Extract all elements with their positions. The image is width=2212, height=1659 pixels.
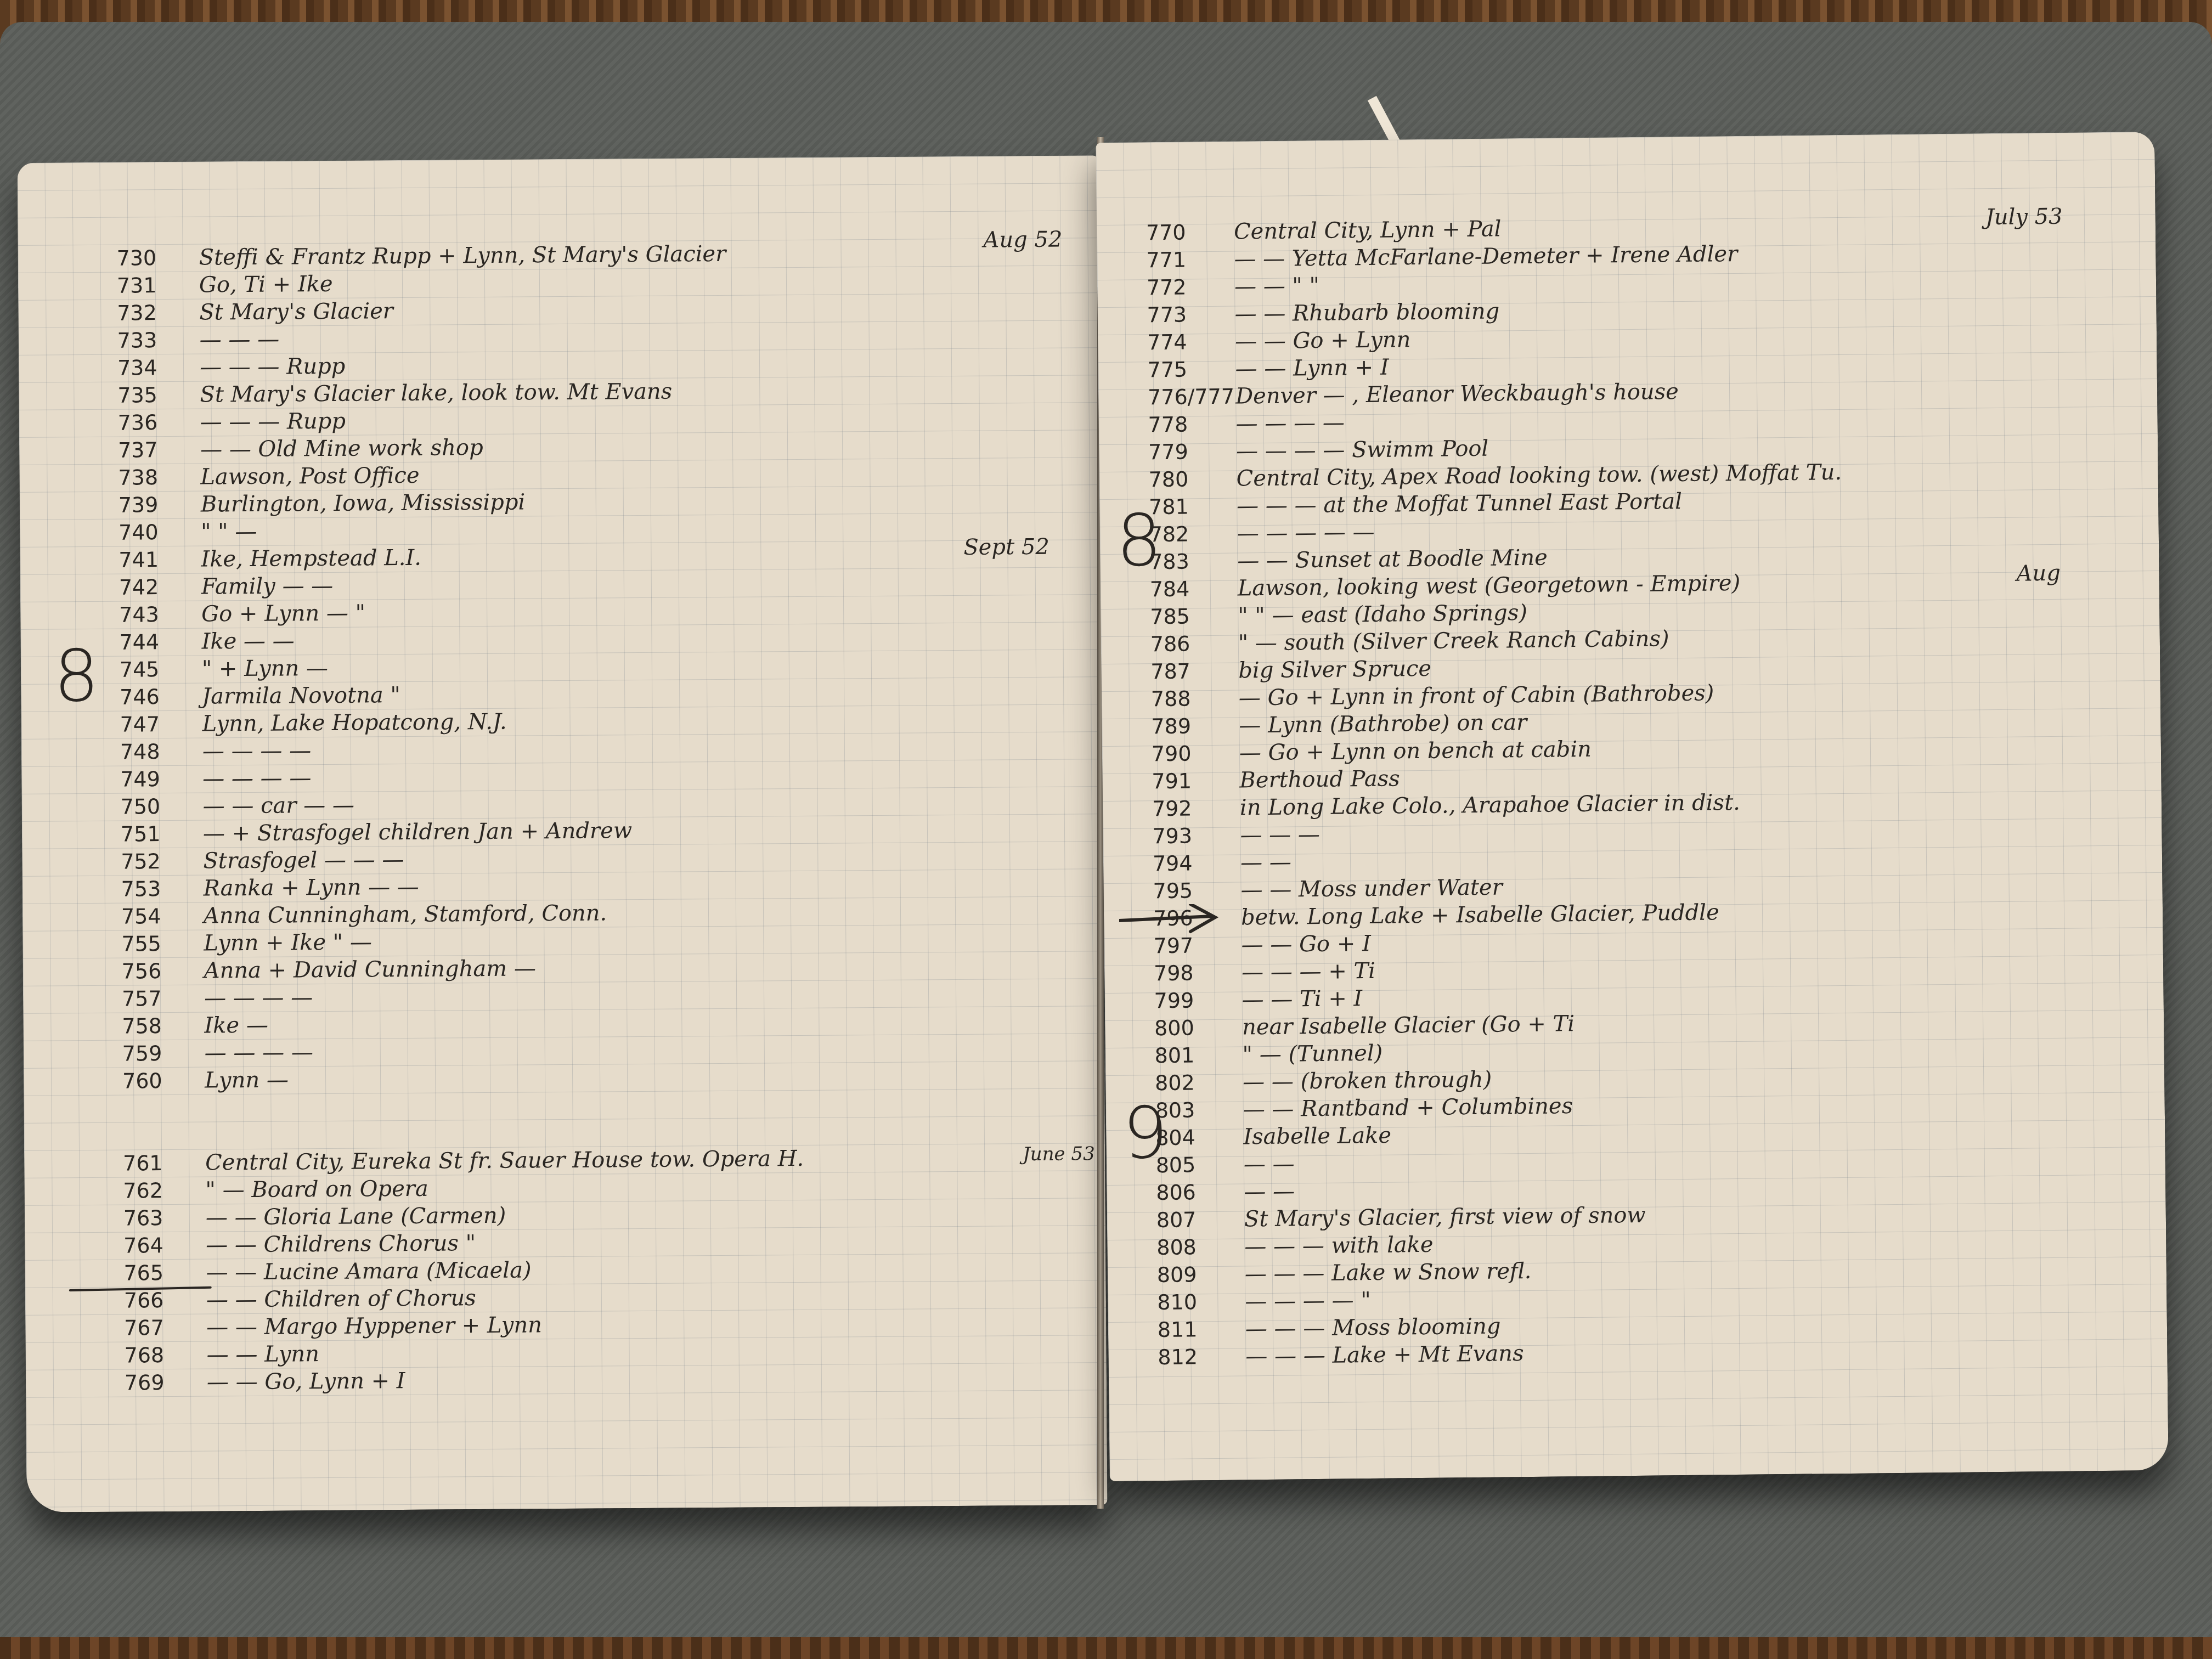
log-entry-row: 751— + Strasfogel children Jan + Andrew: [121, 817, 632, 848]
entry-description: — — — — —: [1237, 520, 1375, 546]
entry-number: 790: [1152, 741, 1217, 766]
entry-description: — — Lucine Amara (Micaela): [206, 1257, 531, 1285]
entry-number: 769: [125, 1370, 190, 1395]
entry-description: Go + Lynn — ": [201, 600, 365, 627]
entry-description: Central City, Eureka St fr. Sauer House …: [205, 1146, 804, 1176]
log-entry-row: 757— — — —: [122, 984, 313, 1012]
entry-number: 754: [121, 904, 187, 929]
log-entry-row: 809— — — Lake w Snow refl.: [1157, 1257, 1532, 1289]
log-entry-row: 804Isabelle Lake: [1155, 1122, 1391, 1152]
log-entry-row: 794— —: [1153, 849, 1291, 878]
log-entry-row: 765— — Lucine Amara (Micaela): [123, 1256, 531, 1286]
log-entry-row: 806— —: [1156, 1177, 1295, 1206]
entry-description: Burlington, Iowa, Mississippi: [201, 489, 526, 517]
entry-description: — — Sunset at Boodle Mine: [1237, 545, 1548, 574]
log-entry-row: 783— — Sunset at Boodle Mine: [1149, 544, 1548, 576]
log-entry-row: 795— — Moss under Water: [1153, 873, 1503, 905]
entry-number: 789: [1151, 714, 1217, 738]
log-entry-row: 801" — (Tunnel): [1154, 1040, 1383, 1069]
log-entry-row: 785" " — east (Idaho Springs): [1150, 599, 1527, 630]
date-mark: Sept 52: [963, 534, 1049, 560]
entry-number: 806: [1156, 1180, 1222, 1205]
entry-number: 760: [122, 1069, 188, 1093]
entry-number: 749: [120, 767, 186, 792]
entry-description: — — Gloria Lane (Carmen): [206, 1203, 506, 1231]
entry-description: big Silver Spruce: [1238, 656, 1431, 684]
entry-number: 742: [119, 575, 185, 600]
entry-description: " " — east (Idaho Springs): [1238, 600, 1527, 629]
entry-description: — — Yetta McFarlane-Demeter + Irene Adle…: [1234, 241, 1737, 272]
entry-number: 779: [1148, 439, 1214, 464]
entry-description: — Lynn (Bathrobe) on car: [1239, 710, 1527, 738]
entry-description: — — Lynn + I: [1235, 355, 1389, 382]
entry-number: 741: [119, 548, 184, 572]
log-entry-row: 732St Mary's Glacier: [117, 297, 393, 327]
entry-number: 752: [121, 849, 187, 874]
entry-description: — — Go + Lynn: [1235, 327, 1411, 354]
entry-number: 732: [117, 301, 183, 325]
entry-number: 763: [123, 1206, 189, 1231]
log-entry-row: 761Central City, Eureka St fr. Sauer Hou…: [123, 1145, 804, 1177]
log-entry-row: 764— — Childrens Chorus ": [123, 1229, 476, 1259]
entry-number: 780: [1148, 467, 1214, 492]
entry-number: 765: [123, 1261, 189, 1285]
entry-number: 738: [118, 465, 184, 490]
log-entry-row: 807St Mary's Glacier, first view of snow: [1156, 1201, 1646, 1234]
entry-description: — — " ": [1234, 273, 1319, 300]
log-entry-row: 753Ranka + Lynn — —: [121, 873, 419, 903]
log-entry-row: 810— — — — ": [1157, 1286, 1371, 1316]
entry-number: 736: [118, 410, 184, 435]
log-entry-row: 791Berthoud Pass: [1152, 765, 1400, 795]
entry-description: — — — — Swimm Pool: [1236, 436, 1489, 464]
entry-description: Lawson, Post Office: [200, 463, 419, 490]
log-entry-row: 745" + Lynn —: [120, 654, 328, 684]
entry-number: 793: [1152, 823, 1218, 848]
entry-number: 788: [1151, 686, 1217, 711]
log-entry-row: 747Lynn, Lake Hopatcong, N.J.: [120, 708, 506, 738]
entry-number: 775: [1147, 357, 1213, 382]
entry-description: — — Lynn: [206, 1341, 319, 1367]
entry-number: 748: [120, 740, 186, 764]
log-entry-row: 733— — —: [117, 326, 280, 354]
wooden-table-bottom: [0, 1637, 2212, 1659]
log-entry-row: 730Steffi & Frantz Rupp + Lynn, St Mary'…: [116, 240, 726, 272]
log-entry-row: 738Lawson, Post Office: [118, 462, 419, 492]
entry-description: St Mary's Glacier: [199, 298, 393, 325]
log-entry-row: 762" — Board on Opera: [123, 1175, 428, 1205]
entry-number: 761: [123, 1151, 189, 1176]
entry-description: — — Ti + I: [1242, 986, 1362, 1012]
entry-number: 740: [119, 520, 184, 545]
entry-number: 766: [124, 1288, 190, 1313]
log-entry-row: 734— — — Rupp: [117, 353, 346, 382]
entry-description: — — —: [1240, 822, 1320, 848]
log-entry-row: 744Ike — —: [119, 627, 294, 656]
log-entry-row: 741Ike, Hempstead L.I.: [119, 544, 421, 574]
log-entry-row: 800near Isabelle Glacier (Go + Ti: [1154, 1010, 1575, 1042]
entry-description: — — — + Ti: [1242, 958, 1375, 985]
log-entry-row: 781— — — at the Moffat Tunnel East Porta…: [1149, 488, 1682, 521]
entry-number: 737: [118, 438, 184, 462]
entry-description: — Go + Lynn in front of Cabin (Bathrobes…: [1239, 680, 1714, 710]
date-mark: Aug 52: [983, 227, 1062, 253]
notebook-left-page: 730Steffi & Frantz Rupp + Lynn, St Mary'…: [17, 155, 1107, 1513]
entry-description: Anna + David Cunningham —: [204, 956, 536, 983]
log-entry-row: 786" — south (Silver Creek Ranch Cabins): [1150, 625, 1669, 658]
log-entry-row: 756Anna + David Cunningham —: [122, 955, 536, 985]
entry-number: 812: [1158, 1345, 1223, 1369]
log-entry-row: 760Lynn —: [122, 1066, 289, 1094]
log-entry-row: 779— — — — Swimm Pool: [1148, 435, 1489, 466]
entry-description: Lynn —: [205, 1067, 289, 1093]
entry-description: Central City, Apex Road looking tow. (we…: [1236, 460, 1842, 492]
entry-description: — — — Rupp: [200, 409, 346, 435]
entry-description: " — south (Silver Creek Ranch Cabins): [1238, 626, 1669, 656]
entry-description: — — — —: [205, 1040, 313, 1065]
entry-description: Go, Ti + Ike: [199, 272, 333, 298]
log-entry-row: 739Burlington, Iowa, Mississippi: [119, 488, 526, 518]
log-entry-row: 736— — — Rupp: [118, 408, 346, 437]
log-entry-row: 750— — car — —: [120, 792, 354, 821]
entry-description: Family — —: [201, 573, 334, 600]
entry-description: — — — —: [1235, 410, 1345, 436]
log-entry-row: 793— — —: [1152, 821, 1320, 850]
date-mark: July 53: [1985, 204, 2063, 230]
entry-description: Ike — —: [201, 628, 294, 654]
log-entry-row: 802— — (broken through): [1155, 1066, 1492, 1097]
log-entry-row: 754Anna Cunningham, Stamford, Conn.: [121, 899, 607, 930]
entry-description: St Mary's Glacier, first view of snow: [1244, 1203, 1646, 1232]
entry-description: near Isabelle Glacier (Go + Ti: [1242, 1011, 1575, 1040]
entry-description: — — — Lake + Mt Evans: [1245, 1341, 1524, 1369]
entry-number: 791: [1152, 769, 1217, 793]
log-entry-row: 770Central City, Lynn + Pal: [1146, 215, 1502, 246]
entry-description: Anna Cunningham, Stamford, Conn.: [204, 900, 607, 928]
entry-description: — — Children of Chorus: [206, 1285, 476, 1312]
log-entry-row: 772— — " ": [1147, 272, 1319, 301]
entry-description: Berthoud Pass: [1239, 766, 1400, 793]
entry-number: 735: [117, 383, 183, 408]
date-mark: June 53: [1023, 1143, 1095, 1165]
entry-number: 773: [1147, 302, 1212, 327]
entry-description: — — —: [200, 327, 280, 353]
roll-number-margin: 8: [1116, 499, 1162, 583]
roll-number-margin: 8: [53, 634, 99, 718]
log-entry-row: 784Lawson, looking west (Georgetown - Em…: [1150, 569, 1741, 603]
entry-number: 768: [124, 1343, 190, 1368]
entry-number: 746: [120, 685, 185, 709]
entry-number: 799: [1154, 988, 1220, 1013]
entry-number: 743: [119, 602, 185, 627]
log-entry-row: 805— —: [1156, 1150, 1295, 1179]
log-entry-row: 771— — Yetta McFarlane-Demeter + Irene A…: [1146, 240, 1737, 274]
entry-number: 747: [120, 712, 185, 737]
entry-description: St Mary's Glacier lake, look tow. Mt Eva…: [200, 379, 672, 408]
entry-number: 772: [1147, 275, 1212, 300]
log-entry-row: 776/777Denver — , Eleanor Weckbaugh's ho…: [1148, 378, 1679, 411]
entry-description: Strasfogel — — —: [203, 847, 404, 874]
entry-description: Ike, Hempstead L.I.: [201, 545, 421, 572]
notebook-right-page: 770Central City, Lynn + Pal771— — Yetta …: [1096, 132, 2168, 1481]
entry-number: 778: [1148, 412, 1214, 437]
log-entry-row: 808— — — with lake: [1156, 1231, 1434, 1261]
log-entry-row: 799— — Ti + I: [1154, 985, 1362, 1014]
log-entry-row: 755Lynn + Ike " —: [121, 928, 372, 957]
entry-description: — — Margo Hyppener + Lynn: [206, 1312, 542, 1340]
log-entry-row: 746Jarmila Novotna ": [120, 681, 400, 711]
entry-number: 730: [117, 246, 183, 270]
entry-number: 756: [122, 959, 188, 984]
entry-description: — — — —: [204, 985, 313, 1011]
entry-description: — — — Rupp: [200, 354, 346, 380]
entry-number: 786: [1150, 631, 1216, 656]
entry-number: 751: [121, 822, 187, 847]
entry-description: Denver — , Eleanor Weckbaugh's house: [1235, 379, 1679, 409]
entry-description: — — Rhubarb blooming: [1234, 298, 1499, 326]
log-entry-row: 768— — Lynn: [124, 1340, 319, 1369]
entry-number: 767: [124, 1316, 190, 1340]
entry-description: Lynn + Ike " —: [204, 929, 372, 956]
entry-description: — Go + Lynn on bench at cabin: [1239, 737, 1592, 766]
entry-number: 762: [123, 1178, 189, 1203]
entry-description: Ike —: [204, 1013, 268, 1039]
entry-number: 800: [1154, 1015, 1220, 1040]
entry-description: — — Go + I: [1241, 931, 1371, 957]
log-entry-row: 778— — — —: [1148, 409, 1345, 438]
entry-description: Central City, Lynn + Pal: [1234, 216, 1502, 244]
log-entry-row: 773— — Rhubarb blooming: [1147, 297, 1499, 329]
log-entry-row: 774— — Go + Lynn: [1147, 326, 1411, 356]
entry-description: Lynn, Lake Hopatcong, N.J.: [202, 709, 506, 737]
entry-description: — — — —: [202, 765, 311, 791]
entry-description: — — Old Mine work shop: [200, 435, 483, 462]
entry-description: — — Go, Lynn + I: [207, 1368, 405, 1395]
log-entry-row: 787big Silver Spruce: [1150, 655, 1431, 685]
arrow-marker-icon: [1119, 904, 1223, 937]
entry-number: 795: [1153, 878, 1218, 903]
entry-description: — — — with lake: [1244, 1232, 1434, 1260]
entry-description: — — — at the Moffat Tunnel East Portal: [1237, 489, 1682, 518]
log-entry-row: 803— — Rantband + Columbines: [1155, 1092, 1573, 1124]
entry-number: 792: [1152, 796, 1218, 821]
date-mark: Aug: [2016, 561, 2061, 586]
entry-description: — — (broken through): [1243, 1067, 1492, 1095]
entry-number: 750: [120, 794, 186, 819]
entry-number: 771: [1146, 247, 1212, 272]
entry-number: 801: [1154, 1043, 1220, 1068]
entry-description: betw. Long Lake + Isabelle Glacier, Pudd…: [1241, 900, 1719, 930]
entry-number: 733: [117, 328, 183, 353]
entry-number: 731: [117, 273, 183, 298]
entry-description: Isabelle Lake: [1243, 1123, 1391, 1150]
log-entry-row: 798— — — + Ti: [1154, 957, 1375, 987]
entry-description: — — — —: [202, 738, 311, 764]
log-entry-row: 759— — — —: [122, 1039, 313, 1067]
entry-number: 811: [1158, 1317, 1223, 1342]
log-entry-row: 788— Go + Lynn in front of Cabin (Bathro…: [1151, 679, 1714, 713]
log-entry-row: 792in Long Lake Colo., Arapahoe Glacier …: [1152, 789, 1740, 822]
entry-description: — —: [1244, 1151, 1295, 1177]
entry-number: 745: [120, 657, 185, 682]
entry-number: 776/777: [1148, 385, 1214, 409]
log-entry-row: 743Go + Lynn — ": [119, 599, 365, 628]
entry-description: " — (Tunnel): [1242, 1041, 1383, 1068]
log-entry-row: 735St Mary's Glacier lake, look tow. Mt …: [117, 378, 672, 409]
entry-description: Lawson, looking west (Georgetown - Empir…: [1238, 571, 1741, 601]
entry-number: 757: [122, 986, 188, 1011]
roll-number-margin: 9: [1122, 1091, 1168, 1175]
entry-number: 739: [119, 493, 184, 517]
log-entry-row: 767— — Margo Hyppener + Lynn: [124, 1311, 542, 1341]
log-entry-row: 731Go, Ti + Ike: [117, 270, 333, 300]
entry-description: " " —: [201, 519, 257, 545]
entry-number: 809: [1157, 1262, 1223, 1287]
entry-description: " — Board on Opera: [205, 1176, 428, 1203]
log-entry-row: 763— — Gloria Lane (Carmen): [123, 1202, 506, 1232]
entry-number: 755: [121, 932, 187, 956]
log-entry-row: 769— — Go, Lynn + I: [125, 1367, 405, 1397]
log-entry-row: 740" " —: [119, 518, 257, 546]
entry-description: — —: [1244, 1178, 1295, 1204]
entry-number: 753: [121, 877, 187, 901]
entry-number: 794: [1153, 851, 1218, 876]
log-entry-row: 812— — — Lake + Mt Evans: [1158, 1340, 1524, 1371]
entry-number: 734: [117, 356, 183, 380]
entry-number: 798: [1154, 961, 1220, 985]
entry-description: " + Lynn —: [202, 656, 328, 682]
entry-description: — — — Moss blooming: [1245, 1314, 1501, 1342]
entry-description: Steffi & Frantz Rupp + Lynn, St Mary's G…: [199, 241, 726, 270]
entry-number: 787: [1150, 659, 1216, 684]
entry-number: 759: [122, 1041, 188, 1066]
log-entry-row: 737— — Old Mine work shop: [118, 434, 483, 464]
entry-number: 808: [1156, 1235, 1222, 1260]
entry-description: — — Childrens Chorus ": [206, 1231, 476, 1257]
entry-description: — — — — ": [1245, 1288, 1371, 1314]
log-entry-row: 749— — — —: [120, 764, 311, 793]
log-entry-row: 775— — Lynn + I: [1147, 354, 1389, 384]
entry-description: Jarmila Novotna ": [202, 682, 400, 709]
entry-number: 810: [1157, 1290, 1223, 1314]
entry-number: 807: [1156, 1207, 1222, 1232]
entry-number: 785: [1150, 604, 1216, 629]
entry-number: 764: [123, 1233, 189, 1258]
log-entry-row: 758Ike —: [122, 1012, 268, 1040]
log-entry-row: 789— Lynn (Bathrobe) on car: [1151, 709, 1527, 740]
log-entry-row: 748— — — —: [120, 737, 311, 765]
entry-description: in Long Lake Colo., Arapahoe Glacier in …: [1240, 790, 1740, 821]
entry-description: — — car — —: [202, 793, 354, 819]
log-entry-row: 811— — — Moss blooming: [1158, 1313, 1501, 1344]
entry-description: — + Strasfogel children Jan + Andrew: [203, 818, 632, 846]
log-entry-row: 790— Go + Lynn on bench at cabin: [1152, 736, 1592, 768]
entry-description: — — Moss under Water: [1240, 874, 1503, 902]
entry-number: 744: [119, 630, 185, 654]
entry-number: 774: [1147, 330, 1213, 354]
log-entry-row: 796betw. Long Lake + Isabelle Glacier, P…: [1153, 899, 1719, 932]
entry-description: Ranka + Lynn — —: [204, 874, 419, 901]
entry-description: — — Rantband + Columbines: [1243, 1093, 1573, 1122]
entry-description: — —: [1240, 850, 1291, 876]
entry-number: 770: [1146, 220, 1212, 245]
entry-description: — — — Lake w Snow refl.: [1245, 1259, 1532, 1286]
log-entry-row: 742Family — —: [119, 572, 334, 601]
log-entry-row: 752Strasfogel — — —: [121, 846, 404, 876]
log-entry-row: 782— — — — —: [1149, 518, 1374, 548]
entry-number: 758: [122, 1014, 188, 1039]
